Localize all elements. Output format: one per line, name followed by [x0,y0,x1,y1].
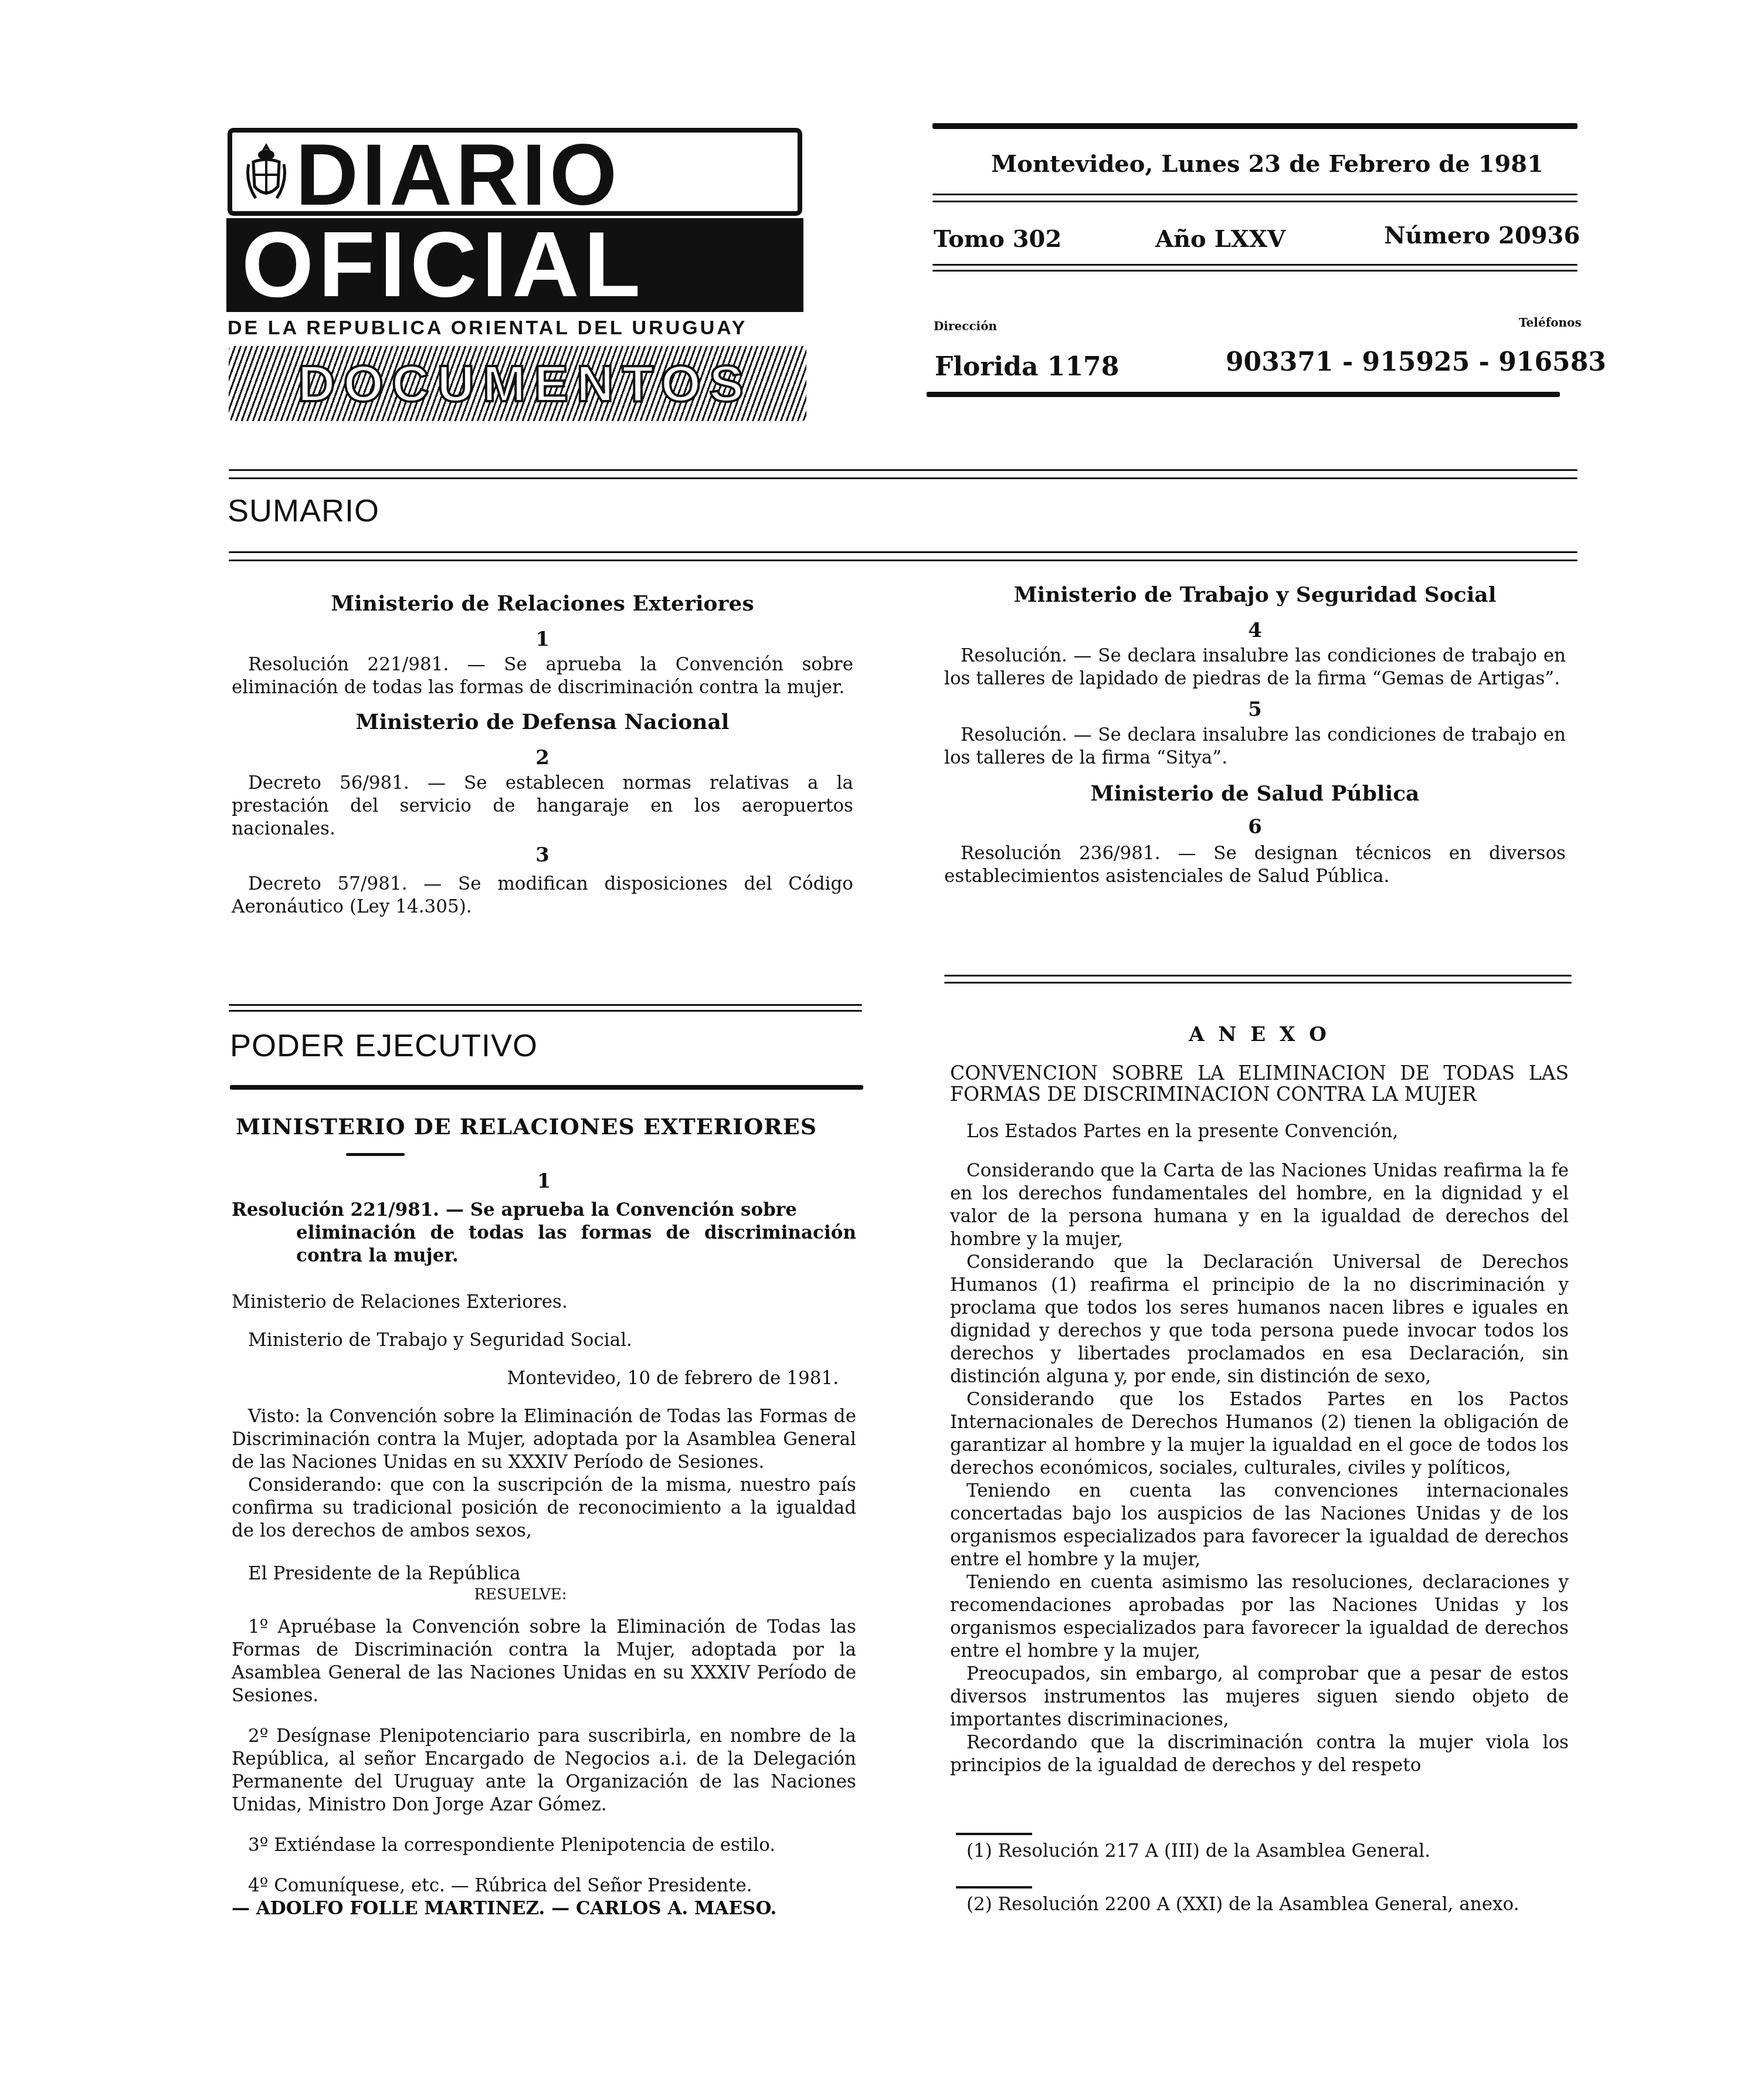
sumario-item-link[interactable]: Decreto 56/981. — Se establecen normas r… [232,772,853,840]
sumario-left-column: Ministerio de Relaciones Exteriores 1 Re… [232,592,853,918]
convention-paragraph: Teniendo en cuenta asimismo las resoluci… [950,1571,1569,1663]
poder-rule [229,1004,862,1006]
presidente-line: El Presidente de la República [232,1562,856,1585]
sumario-item-number: 2 [232,747,853,769]
sumario-ministry-heading: Ministerio de Relaciones Exteriores [232,592,853,615]
signatures: — ADOLFO FOLLE MARTINEZ. — CARLOS A. MAE… [232,1897,856,1920]
direccion-value: Florida 1178 [935,352,1119,382]
sumario-item-number: 6 [944,816,1566,839]
sumario-rule [229,551,1578,553]
sumario-ministry-heading: Ministerio de Trabajo y Seguridad Social [944,584,1566,606]
considerando-paragraph: Considerando: que con la suscripción de … [232,1474,856,1542]
convention-paragraph: Teniendo en cuenta las convenciones inte… [950,1480,1569,1571]
resuelve-label: RESUELVE: [232,1585,856,1604]
sumario-item-link[interactable]: Resolución. — Se declara insalubre las c… [944,724,1566,769]
convention-paragraph: Considerando que la Declaración Universa… [950,1251,1569,1388]
resolution-title-lead: Resolución 221/981. — Se aprueba la Conv… [232,1199,856,1222]
sumario-end-rule [944,982,1572,984]
sumario-item-link[interactable]: Decreto 57/981. — Se modifican disposici… [232,873,853,918]
coat-of-arms-icon [245,141,287,205]
resolution-number: 1 [232,1170,856,1193]
sumario-item-number: 5 [944,699,1566,721]
numero: Número 20936 [1384,222,1580,249]
sumario-item-number: 4 [944,619,1566,642]
sumario-item-number: 1 [232,628,853,651]
sumario-ministry-heading: Ministerio de Salud Pública [944,782,1566,805]
sumario-rule [229,469,1578,471]
article: 3º Extiéndase la correspondiente Plenipo… [232,1834,856,1857]
header-rule [932,270,1578,272]
short-rule [346,1153,405,1156]
sumario-item-link[interactable]: Resolución 221/981. — Se aprueba la Conv… [232,653,853,699]
article: 1º Apruébase la Convención sobre la Elim… [232,1616,856,1707]
sumario-ministry-heading: Ministerio de Defensa Nacional [232,711,853,734]
convention-heading: CONVENCION SOBRE LA ELIMINACION DE TODAS… [950,1063,1569,1105]
telefonos-value: 903371 - 915925 - 916583 [1226,347,1606,377]
footnote: (2) Resolución 2200 A (XXI) de la Asambl… [956,1893,1572,1916]
masthead-title-diario: DIARIO [296,135,620,216]
sumario-title: SUMARIO [228,493,379,529]
poder-ejecutivo-rule [230,1085,863,1090]
article: 2º Desígnase Plenipotenciario para suscr… [232,1725,856,1816]
footnotes: (1) Resolución 217 A (III) de la Asamble… [956,1833,1572,1916]
sumario-item-number: 3 [232,844,853,867]
sumario-end-rule [944,975,1572,977]
header-rule [932,201,1578,202]
header-rule [932,194,1578,195]
footnote: (1) Resolución 217 A (III) de la Asamble… [956,1840,1572,1863]
convention-paragraph: Preocupados, sin embargo, al comprobar q… [950,1663,1569,1731]
header-rule-bottom [927,392,1560,397]
convention-paragraph: Considerando que la Carta de las Nacione… [950,1159,1569,1251]
masthead-diario-box: DIARIO [228,128,802,216]
header-rule-top [932,123,1578,129]
header-rule [932,264,1578,266]
documentos-banner-text: DOCUMENTOS [298,354,752,413]
anio: Año LXXV [1155,225,1285,253]
sumario-right-column: Ministerio de Trabajo y Seguridad Social… [944,584,1566,888]
convention-paragraph: Recordando que la discriminación contra … [950,1731,1569,1777]
visto-paragraph: Visto: la Convención sobre la Eliminació… [232,1405,856,1474]
sumario-item-link[interactable]: Resolución 236/981. — Se designan técnic… [944,842,1566,888]
article: 4º Comuníquese, etc. — Rúbrica del Señor… [232,1874,856,1897]
addressee: Ministerio de Trabajo y Seguridad Social… [232,1329,856,1352]
convention-paragraph: Considerando que los Estados Partes en l… [950,1388,1569,1480]
sumario-rule [229,477,1578,479]
telefonos-label: Teléfonos [1519,316,1582,330]
anexo-title: A N E X O [950,1023,1569,1046]
poder-ejecutivo-body: 1 Resolución 221/981. — Se aprueba la Co… [232,1170,856,1920]
direccion-label: Dirección [934,319,997,333]
place-date: Montevideo, 10 de febrero de 1981. [232,1367,856,1390]
issue-date: Montevideo, Lunes 23 de Febrero de 1981 [991,150,1543,178]
tomo: Tomo 302 [934,225,1061,253]
gazette-page: DIARIO OFICIAL DE LA REPUBLICA ORIENTAL … [0,0,1764,2075]
ministry-heading: MINISTERIO DE RELACIONES EXTERIORES [236,1113,817,1140]
masthead-subtitle: DE LA REPUBLICA ORIENTAL DEL URUGUAY [228,317,808,340]
footnote-rule [956,1833,1032,1835]
addressee: Ministerio de Relaciones Exteriores. [232,1291,856,1314]
masthead-oficial-box: OFICIAL [226,218,803,312]
masthead-title-oficial: OFICIAL [242,215,645,314]
anexo-column: A N E X O CONVENCION SOBRE LA ELIMINACIO… [950,1023,1569,1777]
documentos-banner: DOCUMENTOS [229,346,806,421]
convention-intro: Los Estados Partes en la presente Conven… [950,1120,1569,1143]
sumario-item-link[interactable]: Resolución. — Se declara insalubre las c… [944,645,1566,690]
footnote-rule [956,1886,1032,1888]
sumario-rule [229,560,1578,561]
poder-ejecutivo-title: PODER EJECUTIVO [230,1028,538,1064]
poder-rule [229,1010,862,1012]
resolution-title-rest: eliminación de todas las formas de discr… [232,1222,856,1267]
